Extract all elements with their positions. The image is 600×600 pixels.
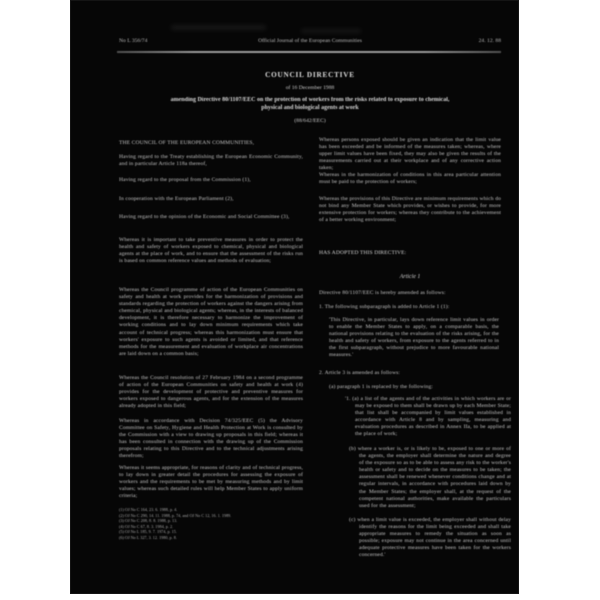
header-date: 24. 12. 88 [421,38,501,44]
amendment-quote-1: 'This Directive, in particular, lays dow… [329,317,499,360]
preamble-social-committee: Having regard to the opinion of the Econ… [119,214,303,221]
amendment-item-1: 1. The following subparagraph is added t… [319,304,509,311]
recital-2: Whereas the Council programme of action … [119,287,303,358]
header-rule [117,51,501,53]
directive-subject: amending Directive 80/1107/EEC on the pr… [165,97,455,112]
amendment-item-2a: (a) paragraph 1 is replaced by the follo… [329,384,511,391]
screenshot-root: { "canvas": { "background": "#ffffff" },… [0,0,600,600]
recital-3: Whereas the Council resolution of 27 Feb… [119,375,303,410]
amendment-block-b: (b) where a worker is, or is likely to b… [349,446,511,510]
footnote-block: (1) OJ No C 164, 23. 6. 1988, p. 4. (2) … [119,507,254,540]
recital-4: Whereas in accordance with Decision 74/3… [119,418,303,461]
scan-artifact [171,25,266,30]
preamble-council: THE COUNCIL OF THE EUROPEAN COMMUNITIES, [119,140,303,147]
footnote: (6) OJ No L 327, 3. 12. 1980, p. 8. [119,535,254,541]
preamble-parliament: In cooperation with the European Parliam… [119,196,303,203]
enacting-formula: HAS ADOPTED THIS DIRECTIVE: [319,250,501,257]
recital-8: Whereas the provisions of this Directive… [319,196,501,224]
journal-page-scan: No L 356/74 Official Journal of the Euro… [70,0,519,594]
article-1-heading: Article 1 [319,274,501,280]
recital-1: Whereas it is important to take preventi… [119,237,303,265]
scan-artifact [301,29,361,33]
recital-5: Whereas it seems appropriate, for reason… [119,465,303,500]
directive-number: (88/642/EEC) [119,118,501,124]
amendment-item-2: 2. Article 3 is amended as follows: [319,370,509,377]
preamble-treaty: Having regard to the Treaty establishing… [119,154,303,168]
amendment-block-a: '1. (a) a list of the agents and of the … [345,396,511,439]
directive-title: COUNCIL DIRECTIVE [119,71,501,79]
directive-date: of 16 December 1988 [119,85,501,91]
amendment-block-c: (c) when a limit value is exceeded, the … [349,517,511,560]
article-1-intro: Directive 80/1107/EEC is hereby amended … [319,290,501,297]
recital-6: Whereas persons exposed should be given … [319,137,501,172]
preamble-commission-proposal: Having regard to the proposal from the C… [119,177,303,184]
recital-7: Whereas in the harmonization of conditio… [319,172,501,186]
